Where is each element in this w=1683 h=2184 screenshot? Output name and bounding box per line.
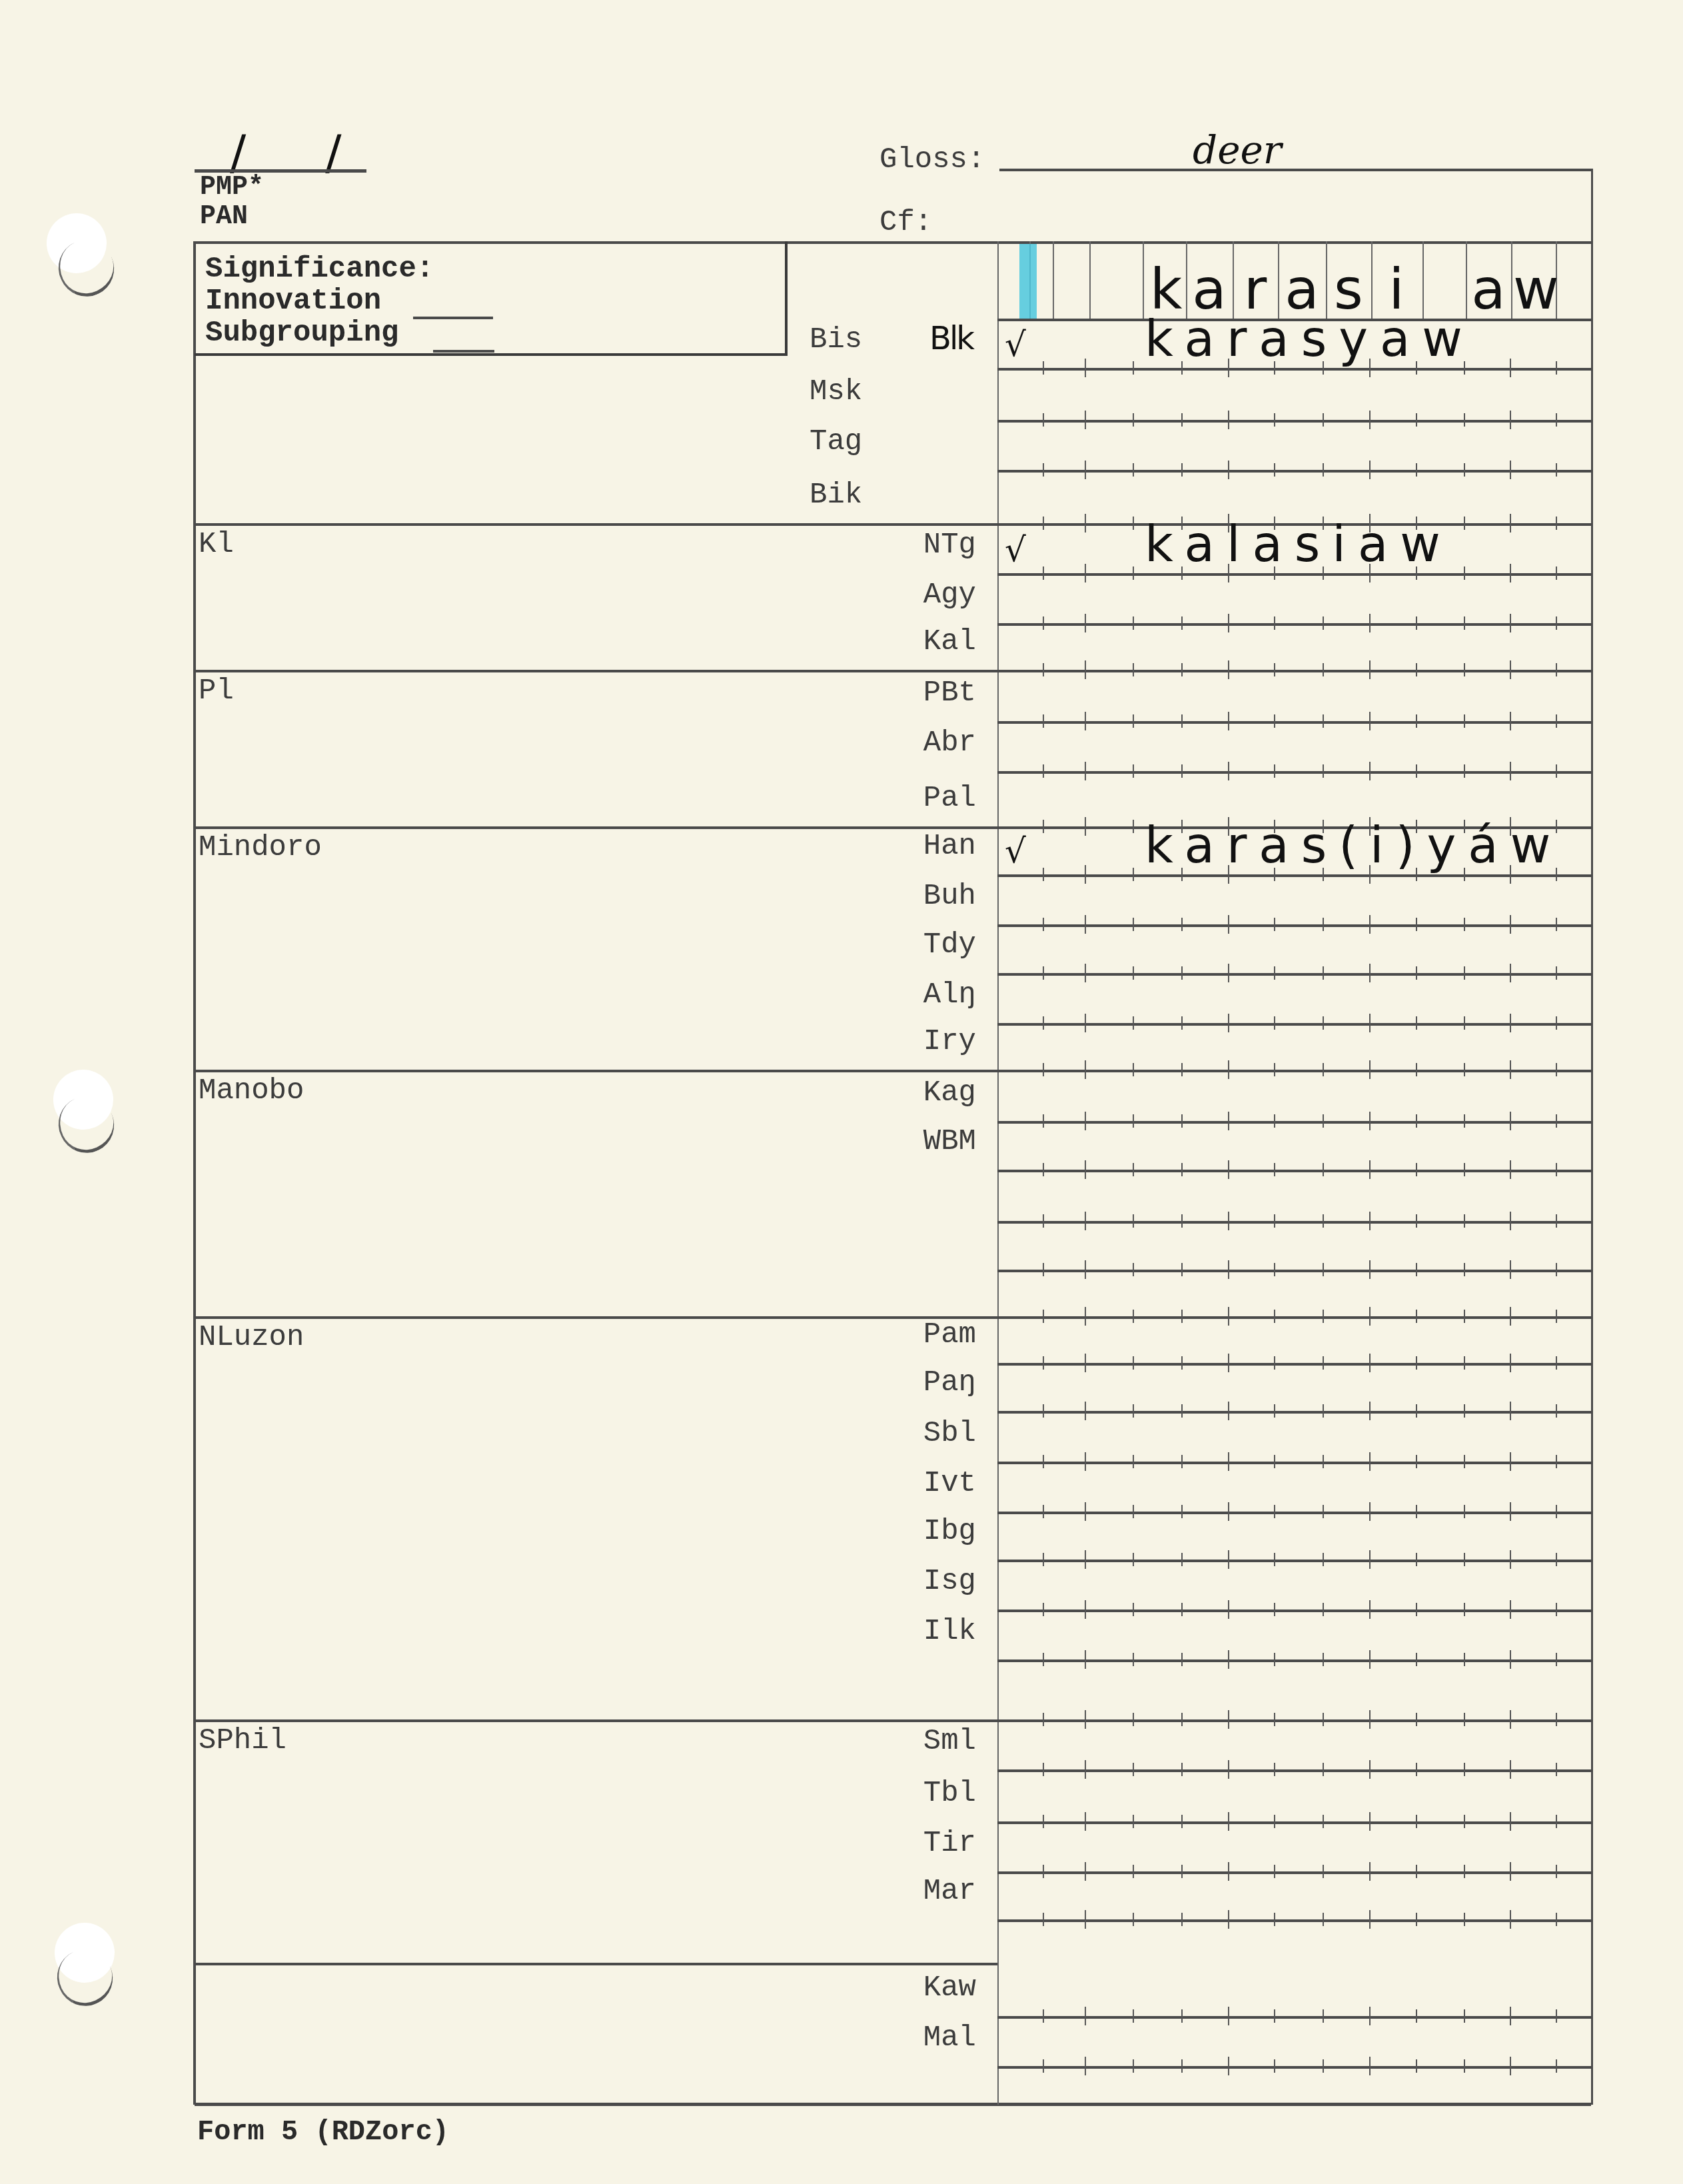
entry-field-tbl[interactable] xyxy=(1000,1771,1588,1819)
row-tick xyxy=(1416,1263,1417,1276)
row-tick xyxy=(1323,1263,1324,1276)
reconstruction-cell-divider xyxy=(1466,241,1467,319)
row-tick xyxy=(1181,1263,1183,1276)
gloss-label: Gloss: xyxy=(879,145,985,175)
language-label-abr: Abr xyxy=(849,728,976,758)
language-sublabel: Blk xyxy=(929,323,973,355)
reconstruction-cell-divider xyxy=(1511,241,1512,319)
entry-field-alŋ[interactable] xyxy=(1000,973,1588,1021)
check-mark[interactable]: √ xyxy=(1005,832,1026,870)
innovation-blank[interactable] xyxy=(413,317,493,319)
entry-field-kag[interactable] xyxy=(1000,1071,1588,1119)
reconstruction-cell-divider xyxy=(1053,241,1054,319)
language-label-ilk: Ilk xyxy=(849,1617,976,1646)
group-divider xyxy=(195,1316,997,1319)
row-tick xyxy=(1228,1212,1229,1230)
row-line xyxy=(997,1919,1591,1922)
language-label-alŋ: Alŋ xyxy=(849,980,976,1010)
row-tick xyxy=(1323,1214,1324,1228)
group-divider xyxy=(195,523,997,526)
row-line xyxy=(997,470,1591,473)
entry-field-abr[interactable] xyxy=(1000,721,1588,769)
row-tick xyxy=(1464,1214,1465,1228)
significance-title: Significance: xyxy=(205,255,434,284)
reconstruction-highlight-marker xyxy=(1019,244,1037,319)
proto-label-pan: PAN xyxy=(200,204,248,231)
frame-right-edge xyxy=(1591,169,1593,2105)
entry-field-tir[interactable] xyxy=(1000,1821,1588,1869)
reconstruction-letter[interactable]: a xyxy=(1189,261,1230,317)
reconstruction-cell-divider xyxy=(1233,241,1234,319)
row-tick xyxy=(1556,1214,1557,1228)
language-label-ivt: Ivt xyxy=(849,1469,976,1498)
cognate-form[interactable]: karas(i)yáw xyxy=(1145,821,1562,870)
language-label-mal: Mal xyxy=(849,2023,976,2053)
row-tick xyxy=(1510,1260,1511,1279)
reconstruction-cell-divider xyxy=(1278,241,1279,319)
row-tick xyxy=(1416,1214,1417,1228)
subgrouping-blank[interactable] xyxy=(433,350,494,353)
language-label-isg: Isg xyxy=(849,1567,976,1596)
row-line xyxy=(997,1270,1591,1272)
entry-field-buh[interactable] xyxy=(1000,874,1588,922)
entry-field-mal[interactable] xyxy=(1000,2016,1588,2064)
language-label-ibg: Ibg xyxy=(849,1517,976,1546)
check-mark[interactable]: √ xyxy=(1005,531,1026,569)
group-label-kl: Kl xyxy=(199,530,234,559)
row-tick xyxy=(1133,1263,1134,1276)
row-line xyxy=(997,771,1591,774)
row-line xyxy=(997,1659,1591,1662)
cf-label: Cf: xyxy=(879,208,932,237)
reconstruction-cell-divider xyxy=(1371,241,1373,319)
row-line xyxy=(997,1221,1591,1224)
language-label-tbl: Tbl xyxy=(849,1779,976,1808)
entry-field-ivt[interactable] xyxy=(1000,1462,1588,1510)
reconstruction-cell-divider xyxy=(1326,241,1327,319)
language-label-bik: Bik xyxy=(810,481,862,510)
entry-field-tdy[interactable] xyxy=(1000,923,1588,971)
entry-field-bik[interactable] xyxy=(1000,473,1588,521)
reconstruction-letter[interactable]: k xyxy=(1145,261,1187,317)
language-label-bis: Bis xyxy=(810,325,862,355)
row-line xyxy=(997,1170,1591,1172)
reconstruction-letter[interactable]: i xyxy=(1376,261,1417,317)
entry-field-ibg[interactable] xyxy=(1000,1510,1588,1558)
group-label-pl: Pl xyxy=(199,676,234,706)
language-label-pam: Pam xyxy=(849,1320,976,1350)
row-tick xyxy=(1464,1263,1465,1276)
reconstruction-letter[interactable]: w xyxy=(1513,261,1554,317)
entry-field-pam[interactable] xyxy=(1000,1313,1588,1361)
entry-field-isg[interactable] xyxy=(1000,1560,1588,1608)
row-tick xyxy=(1133,1214,1134,1228)
proto-label-pmp: PMP* xyxy=(200,175,264,201)
frame-left-edge xyxy=(193,241,196,2105)
language-label-pbt: PBt xyxy=(849,678,976,708)
language-label-buh: Buh xyxy=(849,882,976,911)
language-label-wbm: WBM xyxy=(849,1127,976,1156)
row-tick xyxy=(1274,1263,1275,1276)
row-tick xyxy=(1085,1260,1086,1279)
group-label-manobo: Manobo xyxy=(199,1076,304,1106)
frame-bottom-edge xyxy=(195,2103,1591,2106)
group-label-sphil: SPhil xyxy=(199,1726,286,1755)
entry-field-tag[interactable] xyxy=(1000,420,1588,468)
language-label-kaw: Kaw xyxy=(849,1973,976,2003)
cognate-form[interactable]: kalasiaw xyxy=(1145,520,1452,569)
row-line xyxy=(997,2066,1591,2069)
language-label-agy: Agy xyxy=(849,580,976,610)
row-tick xyxy=(1369,1260,1371,1279)
entry-field-msk[interactable] xyxy=(1000,370,1588,418)
group-divider xyxy=(195,826,997,829)
group-divider xyxy=(195,1963,997,1965)
row-tick xyxy=(1228,1260,1229,1279)
cognate-form[interactable]: karasyaw xyxy=(1145,315,1474,364)
row-tick xyxy=(1510,1212,1511,1230)
language-label-pal: Pal xyxy=(849,784,976,813)
language-label-sbl: Sbl xyxy=(849,1419,976,1448)
language-label-tag: Tag xyxy=(810,427,862,457)
group-divider xyxy=(195,1719,997,1722)
entry-field-paŋ[interactable] xyxy=(1000,1361,1588,1409)
entry-field-kaw[interactable] xyxy=(1000,1966,1588,2014)
column-divider xyxy=(997,241,999,2105)
reconstruction-letter[interactable]: a xyxy=(1281,261,1323,317)
language-label-sml: Sml xyxy=(849,1727,976,1756)
gloss-underline xyxy=(999,169,1592,171)
language-label-mar: Mar xyxy=(849,1877,976,1906)
entry-field-agy[interactable] xyxy=(1000,573,1588,621)
innovation-label: Innovation xyxy=(205,287,381,316)
row-tick xyxy=(1043,1214,1044,1228)
row-tick xyxy=(1181,1214,1183,1228)
reconstruction-cell-divider xyxy=(1143,241,1144,319)
subgrouping-label: Subgrouping xyxy=(205,319,398,348)
entry-field-kal[interactable] xyxy=(1000,620,1588,668)
language-label-han: Han xyxy=(849,832,976,861)
language-label-paŋ: Paŋ xyxy=(849,1368,976,1398)
entry-field-iry[interactable] xyxy=(1000,1020,1588,1068)
language-label-iry: Iry xyxy=(849,1027,976,1056)
entry-field-wbm[interactable] xyxy=(1000,1120,1588,1168)
row-tick xyxy=(1274,1214,1275,1228)
row-tick xyxy=(1043,1263,1044,1276)
group-label-mindoro: Mindoro xyxy=(199,833,322,862)
check-mark[interactable]: √ xyxy=(1005,325,1026,364)
entry-field-pbt[interactable] xyxy=(1000,671,1588,719)
reconstruction-letter[interactable]: a xyxy=(1468,261,1509,317)
form-label: Form 5 (RDZorc) xyxy=(197,2118,449,2146)
entry-field-mar[interactable] xyxy=(1000,1869,1588,1917)
language-label-tdy: Tdy xyxy=(849,930,976,960)
language-label-msk: Msk xyxy=(810,377,862,407)
language-label-ntg: NTg xyxy=(849,531,976,560)
entry-field-ilk[interactable] xyxy=(1000,1610,1588,1657)
reconstruction-cell-divider xyxy=(1422,241,1424,319)
group-divider xyxy=(195,670,997,672)
language-label-tir: Tir xyxy=(849,1829,976,1858)
language-label-kag: Kag xyxy=(849,1078,976,1108)
reconstruction-letter[interactable]: r xyxy=(1235,261,1276,317)
row-tick xyxy=(1369,1212,1371,1230)
group-label-nluzon: NLuzon xyxy=(199,1323,304,1352)
gloss-value[interactable]: deer xyxy=(1193,131,1282,169)
language-label-kal: Kal xyxy=(849,627,976,656)
group-divider xyxy=(195,1070,997,1072)
reconstruction-cell-divider xyxy=(1089,241,1091,319)
entry-field-sbl[interactable] xyxy=(1000,1412,1588,1460)
row-tick xyxy=(1085,1212,1086,1230)
reconstruction-letter[interactable]: s xyxy=(1328,261,1369,317)
row-tick xyxy=(1556,1263,1557,1276)
entry-field-sml[interactable] xyxy=(1000,1719,1588,1767)
